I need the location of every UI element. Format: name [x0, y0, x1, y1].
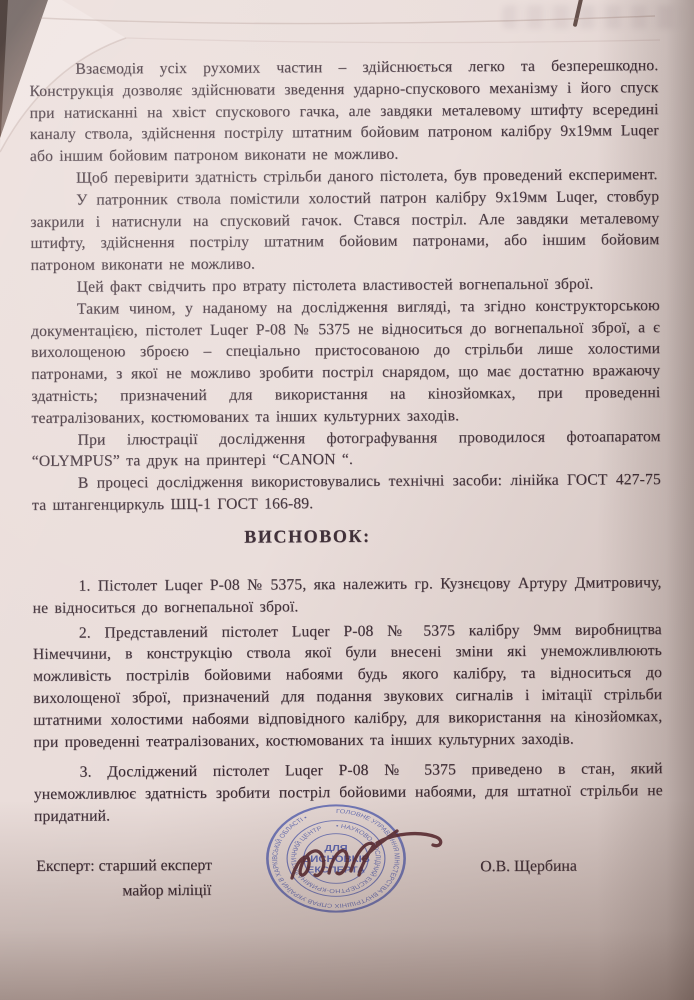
section-heading: ВИСНОВОК:: [32, 524, 661, 549]
paragraph: В процесі дослідження використовувались …: [32, 469, 661, 516]
conclusion-list: 1. Пістолет Luqer Р-08 № 5375, яка належ…: [32, 572, 663, 828]
paragraph: У патронник ствола помістили холостий па…: [30, 186, 660, 277]
conclusion-item: 2. Представлений пістолет Luqer Р-08 № 5…: [33, 619, 663, 754]
conclusion-section: ВИСНОВОК:: [32, 524, 661, 549]
expert-role-line2: майор міліції: [122, 882, 211, 901]
paragraph: Таким чином, у наданому на дослідження в…: [31, 295, 661, 430]
handwritten-signature: [278, 798, 453, 893]
expert-name: О.В. Щербина: [480, 858, 577, 877]
paragraph: Взаємодія усіх рухомих частин – здійснює…: [29, 55, 659, 168]
expert-role-line1: Експерт: старший експерт: [36, 857, 212, 876]
paragraph: При ілюстрації дослідження фотографуванн…: [32, 426, 661, 473]
conclusion-item: 1. Пістолет Luqer Р-08 № 5375, яка належ…: [32, 572, 661, 619]
document-photo: Взаємодія усіх рухомих частин – здійснює…: [0, 0, 694, 1000]
report-body: Взаємодія усіх рухомих частин – здійснює…: [29, 55, 661, 517]
